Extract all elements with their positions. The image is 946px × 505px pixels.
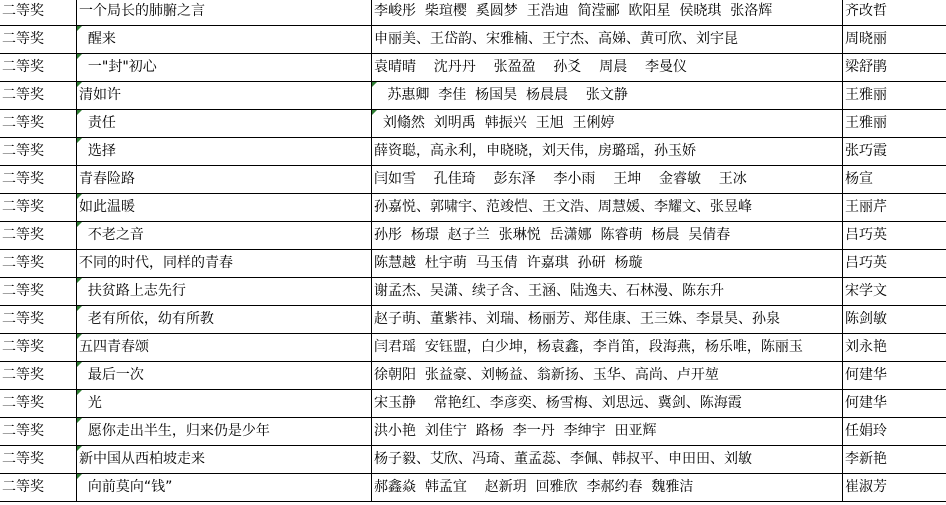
title-cell[interactable]: 不同的时代，同样的青春 (77, 250, 372, 278)
advisor-cell[interactable]: 宋学文 (843, 278, 946, 306)
advisor-cell[interactable]: 李新艳 (843, 446, 946, 474)
table-row: 二等奖新中国从西柏坡走来杨子毅、艾欣、冯琦、董孟蕊、李佩、韩叔平、申田田、刘敏李… (0, 446, 946, 474)
award-cell[interactable]: 二等奖 (0, 222, 77, 250)
members-cell[interactable]: 杨子毅、艾欣、冯琦、董孟蕊、李佩、韩叔平、申田田、刘敏 (372, 446, 843, 474)
award-cell[interactable]: 二等奖 (0, 334, 77, 362)
title-cell[interactable]: 清如许 (77, 82, 372, 110)
title-cell[interactable]: 责任 (77, 110, 372, 138)
award-cell[interactable]: 二等奖 (0, 278, 77, 306)
table-row: 二等奖 选择薛资聪，高永利，申晓晓，刘天伟，房璐瑶，孙玉娇张巧霞 (0, 138, 946, 166)
table-row: 二等奖 老有所依，幼有所教赵子萌、董紫祎、刘瑞、杨丽芳、郑佳康、王三姝、李景昊、… (0, 306, 946, 334)
award-cell[interactable]: 二等奖 (0, 306, 77, 334)
members-cell[interactable]: 苏惠卿 李佳 杨国昊 杨晨晨 张文静 (372, 82, 843, 110)
award-cell[interactable]: 二等奖 (0, 446, 77, 474)
title-cell[interactable]: 最后一次 (77, 362, 372, 390)
table-row: 二等奖 最后一次徐朝阳 张益豪、刘畅益、翁新扬、玉华、高尚、卢开堃何建华 (0, 362, 946, 390)
table-row: 二等奖青春险路闫如雪 孔佳琦 彭东泽 李小雨 王坤 金睿敏 王冰杨宣 (0, 166, 946, 194)
spreadsheet: 二等奖一个局长的肺腑之言李峻彤 柴瑄樱 奚圆梦 王浩迪 简滢郦 欧阳星 侯晓琪 … (0, 0, 946, 502)
table-row: 二等奖 一"封"初心袁晴晴 沈丹丹 张盈盈 孙爻 周晨 李曼仪梁舒鹃 (0, 54, 946, 82)
members-cell[interactable]: 李峻彤 柴瑄樱 奚圆梦 王浩迪 简滢郦 欧阳星 侯晓琪 张洛辉 (372, 0, 843, 26)
members-cell[interactable]: 孙彤 杨璟 赵子兰 张琳悦 岳潇娜 陈睿萌 杨晨 吴倩春 (372, 222, 843, 250)
advisor-cell[interactable]: 张巧霞 (843, 138, 946, 166)
advisor-cell[interactable]: 何建华 (843, 390, 946, 418)
advisor-cell[interactable]: 王雅丽 (843, 110, 946, 138)
award-cell[interactable]: 二等奖 (0, 362, 77, 390)
table-row: 二等奖 不老之音孙彤 杨璟 赵子兰 张琳悦 岳潇娜 陈睿萌 杨晨 吴倩春吕巧英 (0, 222, 946, 250)
award-cell[interactable]: 二等奖 (0, 390, 77, 418)
table-row: 二等奖 扶贫路上志先行谢孟杰、吴潇、续子含、王涵、陆逸夫、石林漫、陈东升宋学文 (0, 278, 946, 306)
title-cell[interactable]: 愿你走出半生，归来仍是少年 (77, 418, 372, 446)
advisor-cell[interactable]: 周晓丽 (843, 26, 946, 54)
table-row: 二等奖如此温暖孙嘉悦、郭啸宇、范竣恺、王文浩、周慧媛、李耀文、张昱峰王丽芹 (0, 194, 946, 222)
members-cell[interactable]: 赵子萌、董紫祎、刘瑞、杨丽芳、郑佳康、王三姝、李景昊、孙泉 (372, 306, 843, 334)
advisor-cell[interactable]: 王雅丽 (843, 82, 946, 110)
award-cell[interactable]: 二等奖 (0, 82, 77, 110)
advisor-cell[interactable]: 王丽芹 (843, 194, 946, 222)
members-cell[interactable]: 宋玉静 常艳红、李彦奕、杨雪梅、刘思远、冀剑、陈海霞 (372, 390, 843, 418)
advisor-cell[interactable]: 何建华 (843, 362, 946, 390)
advisor-cell[interactable]: 梁舒鹃 (843, 54, 946, 82)
title-cell[interactable]: 向前莫向“钱” (77, 474, 372, 502)
advisor-cell[interactable]: 陈剑敏 (843, 306, 946, 334)
members-cell[interactable]: 闫君瑶 安钰盟，白少坤，杨袁鑫，李肖笛，段海燕，杨乐唯，陈丽玉 (372, 334, 843, 362)
table-row: 二等奖 责任 刘翛然 刘明禹 韩振兴 王旭 王俐婷王雅丽 (0, 110, 946, 138)
members-cell[interactable]: 洪小艳 刘佳宁 路杨 李一丹 李绅宇 田亚辉 (372, 418, 843, 446)
award-cell[interactable]: 二等奖 (0, 166, 77, 194)
advisor-cell[interactable]: 吕巧英 (843, 222, 946, 250)
members-cell[interactable]: 薛资聪，高永利，申晓晓，刘天伟，房璐瑶，孙玉娇 (372, 138, 843, 166)
members-cell[interactable]: 刘翛然 刘明禹 韩振兴 王旭 王俐婷 (372, 110, 843, 138)
title-cell[interactable]: 选择 (77, 138, 372, 166)
members-cell[interactable]: 申丽美、王岱韵、宋雅楠、王宁杰、高娣、黄可欣、刘宇昆 (372, 26, 843, 54)
award-cell[interactable]: 二等奖 (0, 418, 77, 446)
title-cell[interactable]: 一个局长的肺腑之言 (77, 0, 372, 26)
award-cell[interactable]: 二等奖 (0, 250, 77, 278)
award-cell[interactable]: 二等奖 (0, 474, 77, 502)
title-cell[interactable]: 青春险路 (77, 166, 372, 194)
members-cell[interactable]: 孙嘉悦、郭啸宇、范竣恺、王文浩、周慧媛、李耀文、张昱峰 (372, 194, 843, 222)
advisor-cell[interactable]: 杨宣 (843, 166, 946, 194)
advisor-cell[interactable]: 吕巧英 (843, 250, 946, 278)
title-cell[interactable]: 新中国从西柏坡走来 (77, 446, 372, 474)
award-cell[interactable]: 二等奖 (0, 110, 77, 138)
award-cell[interactable]: 二等奖 (0, 54, 77, 82)
members-cell[interactable]: 徐朝阳 张益豪、刘畅益、翁新扬、玉华、高尚、卢开堃 (372, 362, 843, 390)
table-row: 二等奖五四青春颂闫君瑶 安钰盟，白少坤，杨袁鑫，李肖笛，段海燕，杨乐唯，陈丽玉刘… (0, 334, 946, 362)
table-row: 二等奖不同的时代，同样的青春陈慧越 杜宇萌 马玉倩 许嘉琪 孙研 杨璇吕巧英 (0, 250, 946, 278)
award-table: 二等奖一个局长的肺腑之言李峻彤 柴瑄樱 奚圆梦 王浩迪 简滢郦 欧阳星 侯晓琪 … (0, 0, 946, 502)
title-cell[interactable]: 醒来 (77, 26, 372, 54)
table-row: 二等奖 愿你走出半生，归来仍是少年洪小艳 刘佳宁 路杨 李一丹 李绅宇 田亚辉任… (0, 418, 946, 446)
title-cell[interactable]: 如此温暖 (77, 194, 372, 222)
members-cell[interactable]: 郝鑫焱 韩孟宜 赵新玥 回雅欣 李郝约春 魏雅洁 (372, 474, 843, 502)
advisor-cell[interactable]: 刘永艳 (843, 334, 946, 362)
award-cell[interactable]: 二等奖 (0, 138, 77, 166)
table-row: 二等奖 醒来申丽美、王岱韵、宋雅楠、王宁杰、高娣、黄可欣、刘宇昆周晓丽 (0, 26, 946, 54)
advisor-cell[interactable]: 齐改哲 (843, 0, 946, 26)
members-cell[interactable]: 陈慧越 杜宇萌 马玉倩 许嘉琪 孙研 杨璇 (372, 250, 843, 278)
title-cell[interactable]: 光 (77, 390, 372, 418)
table-row: 二等奖清如许 苏惠卿 李佳 杨国昊 杨晨晨 张文静王雅丽 (0, 82, 946, 110)
table-row: 二等奖 向前莫向“钱”郝鑫焱 韩孟宜 赵新玥 回雅欣 李郝约春 魏雅洁崔淑芳 (0, 474, 946, 502)
title-cell[interactable]: 扶贫路上志先行 (77, 278, 372, 306)
advisor-cell[interactable]: 崔淑芳 (843, 474, 946, 502)
award-cell[interactable]: 二等奖 (0, 0, 77, 26)
advisor-cell[interactable]: 任娟玲 (843, 418, 946, 446)
title-cell[interactable]: 不老之音 (77, 222, 372, 250)
award-cell[interactable]: 二等奖 (0, 26, 77, 54)
title-cell[interactable]: 五四青春颂 (77, 334, 372, 362)
members-cell[interactable]: 袁晴晴 沈丹丹 张盈盈 孙爻 周晨 李曼仪 (372, 54, 843, 82)
award-cell[interactable]: 二等奖 (0, 194, 77, 222)
members-cell[interactable]: 闫如雪 孔佳琦 彭东泽 李小雨 王坤 金睿敏 王冰 (372, 166, 843, 194)
table-row: 二等奖 光宋玉静 常艳红、李彦奕、杨雪梅、刘思远、冀剑、陈海霞何建华 (0, 390, 946, 418)
members-cell[interactable]: 谢孟杰、吴潇、续子含、王涵、陆逸夫、石林漫、陈东升 (372, 278, 843, 306)
table-row: 二等奖一个局长的肺腑之言李峻彤 柴瑄樱 奚圆梦 王浩迪 简滢郦 欧阳星 侯晓琪 … (0, 0, 946, 26)
title-cell[interactable]: 一"封"初心 (77, 54, 372, 82)
title-cell[interactable]: 老有所依，幼有所教 (77, 306, 372, 334)
